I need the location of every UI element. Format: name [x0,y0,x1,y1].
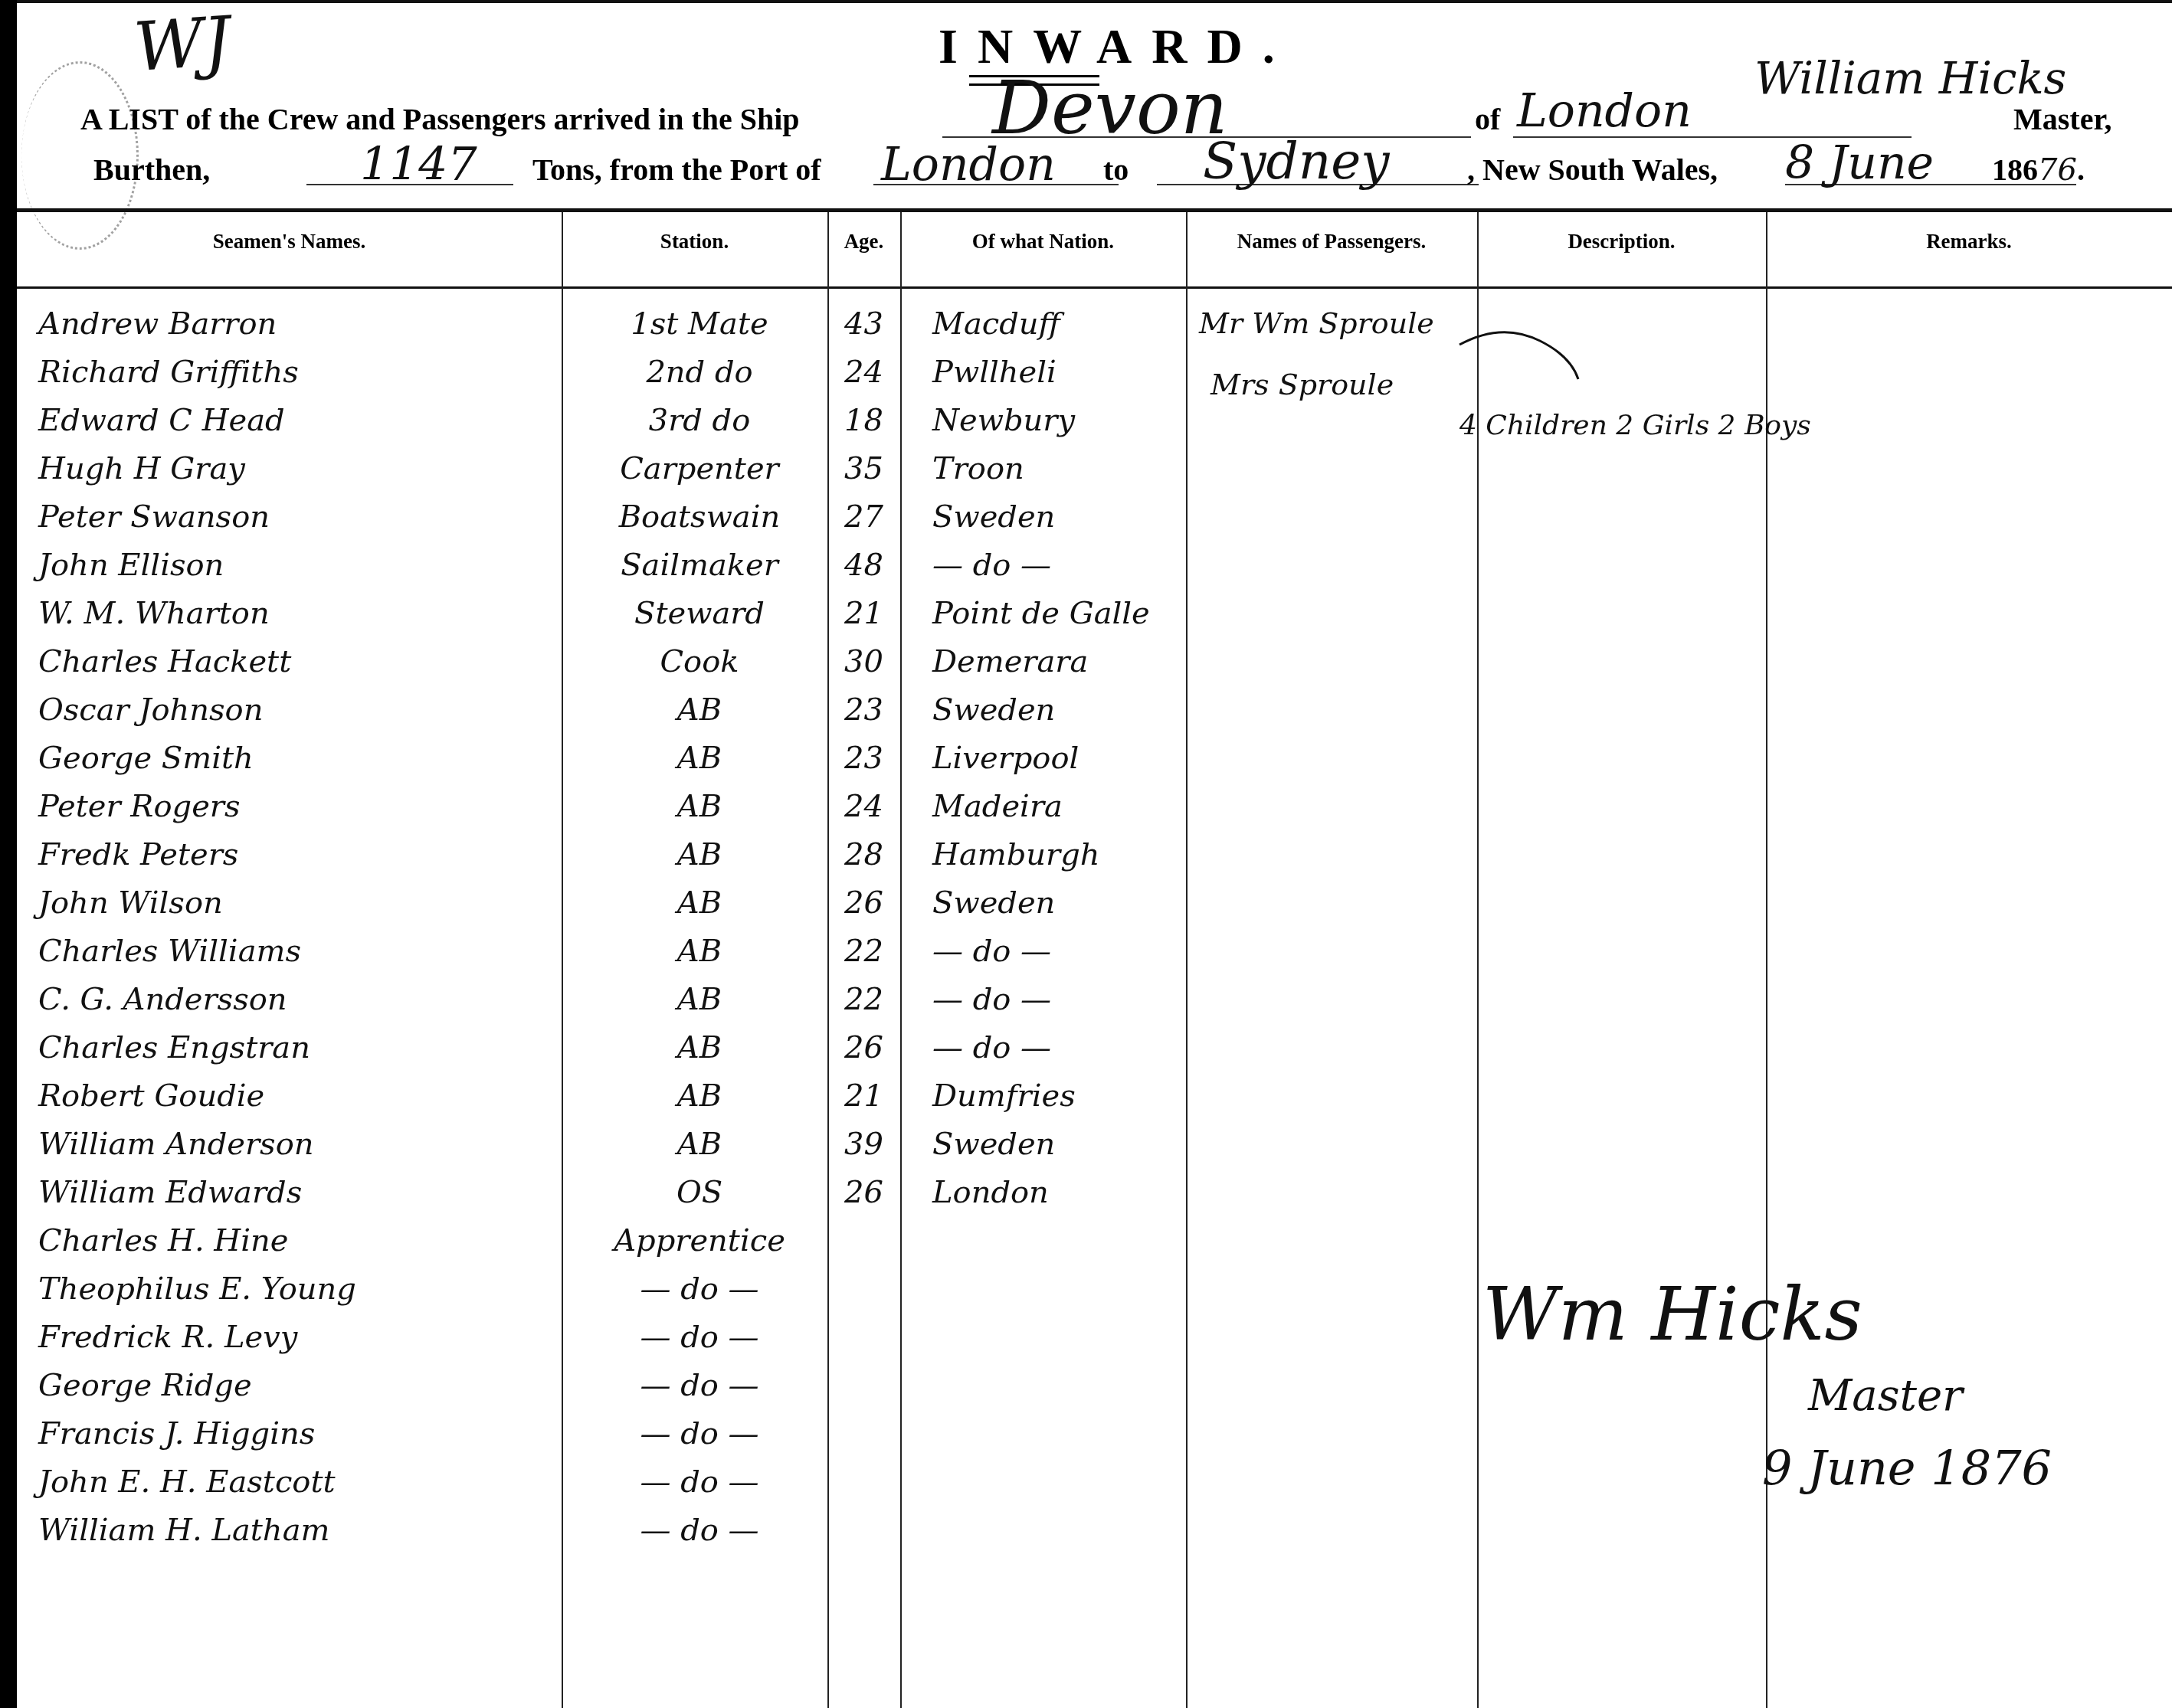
seaman-age: 39 [827,1121,900,1169]
seaman-station: Apprentice [562,1217,837,1265]
clerk-initials: WJ [132,2,234,87]
seaman-age: 22 [827,976,900,1024]
seaman-nation: Sweden [909,493,1193,542]
seaman-name: Richard Griffiths [38,348,299,397]
seaman-nation: Sweden [909,1121,1193,1169]
passenger-name: Mr Wm Sproule [1199,306,1434,340]
crew-row: W. M. WhartonSteward21Point de Galle [17,590,2170,638]
seaman-name: W. M. Wharton [38,590,270,638]
to-label: to [1103,152,1129,188]
seaman-nation [909,1362,1193,1410]
seaman-nation: Macduff [909,300,1193,348]
crew-row: Charles HackettCook30Demerara [17,638,2170,686]
seaman-age [827,1314,900,1362]
seaman-nation [909,1217,1193,1265]
crew-row: William EdwardsOS26London [17,1169,2170,1217]
seaman-name: Hugh H Gray [38,445,245,493]
home-port-value: London [1517,84,1692,138]
seaman-age [827,1458,900,1507]
seaman-name: Charles Engstran [38,1024,310,1072]
seaman-age [827,1265,900,1314]
seaman-name: Robert Goudie [38,1072,264,1121]
seaman-age: 22 [827,928,900,976]
seaman-nation: — do — [909,1024,1193,1072]
seaman-name: George Ridge [38,1362,252,1410]
crew-row: William AndersonAB39Sweden [17,1121,2170,1169]
table-header-top-rule [17,208,2172,212]
year-period: . [2077,152,2085,187]
seaman-station: AB [562,1121,837,1169]
seaman-nation: — do — [909,976,1193,1024]
seaman-age: 43 [827,300,900,348]
seaman-nation [909,1507,1193,1555]
seaman-nation [909,1458,1193,1507]
year-handwritten: 76 [2038,152,2077,188]
year-printed: 186 [1992,152,2038,187]
seaman-age: 23 [827,735,900,783]
crew-row: John EllisonSailmaker48— do — [17,542,2170,590]
seaman-age: 35 [827,445,900,493]
signature-title: Master [1808,1371,1963,1421]
seaman-station: — do — [562,1458,837,1507]
column-header-station: Station. [562,230,827,254]
master-signature: Wm Hicks [1482,1271,1862,1357]
seaman-station: AB [562,1024,837,1072]
passenger-description: 4 Children 2 Girls 2 Boys [1459,410,1811,441]
crew-row: William H. Latham— do — [17,1507,2170,1555]
seaman-station: 3rd do [562,397,837,445]
seaman-name: Charles Williams [38,928,301,976]
nsw-label: , New South Wales, [1467,152,1718,188]
top-border [17,0,2172,3]
seaman-name: Francis J. Higgins [38,1410,315,1458]
seaman-nation: Sweden [909,686,1193,735]
seaman-age [827,1507,900,1555]
crew-row: Charles WilliamsAB22— do — [17,928,2170,976]
seaman-nation: Point de Galle [909,590,1193,638]
seaman-name: Charles H. Hine [38,1217,288,1265]
seaman-station: Carpenter [562,445,837,493]
seaman-station: AB [562,686,837,735]
seaman-station: AB [562,928,837,976]
seaman-age: 27 [827,493,900,542]
seaman-age [827,1410,900,1458]
seaman-station: AB [562,831,837,879]
seaman-age: 24 [827,783,900,831]
seaman-age [827,1362,900,1410]
seaman-station: AB [562,735,837,783]
passenger-name: Mrs Sproule [1210,368,1394,401]
column-header-passengers: Names of Passengers. [1186,230,1477,254]
master-name-value: William Hicks [1754,52,2066,104]
seaman-station: AB [562,1072,837,1121]
seaman-station: 1st Mate [562,300,837,348]
scan-edge [0,0,17,1708]
seaman-nation [909,1410,1193,1458]
seaman-station: AB [562,879,837,928]
seaman-station: AB [562,783,837,831]
seaman-nation: Newbury [909,397,1193,445]
seaman-station: Cook [562,638,837,686]
seaman-station: OS [562,1169,837,1217]
crew-row: Charles EngstranAB26— do — [17,1024,2170,1072]
seaman-age: 28 [827,831,900,879]
crew-row: Andrew Barron1st Mate43Macduff [17,300,2170,348]
crew-row: John WilsonAB26Sweden [17,879,2170,928]
crew-row: George SmithAB23Liverpool [17,735,2170,783]
seaman-name: William H. Latham [38,1507,329,1555]
seaman-name: Charles Hackett [38,638,291,686]
seaman-station: — do — [562,1507,837,1555]
seaman-nation: — do — [909,928,1193,976]
seaman-age: 24 [827,348,900,397]
seaman-age: 21 [827,1072,900,1121]
seaman-age: 21 [827,590,900,638]
seaman-station: 2nd do [562,348,837,397]
seaman-nation: Madeira [909,783,1193,831]
list-intro-text: A LIST of the Crew and Passengers arrive… [80,102,800,136]
burthen-label: Burthen, [93,152,210,188]
seaman-station: — do — [562,1265,837,1314]
column-header-seamen-names: Seamen's Names. [17,230,562,254]
seaman-age: 26 [827,1024,900,1072]
seaman-station: — do — [562,1362,837,1410]
seaman-nation: Pwllheli [909,348,1193,397]
seaman-name: Oscar Johnson [38,686,263,735]
seaman-station: — do — [562,1314,837,1362]
seaman-name: George Smith [38,735,254,783]
seaman-name: Fredk Peters [38,831,238,879]
year-field: 18676. [1992,152,2085,188]
crew-row: Richard Griffiths2nd do24Pwllheli [17,348,2170,397]
bracket-flourish-icon [1456,322,1594,383]
seaman-nation: Sweden [909,879,1193,928]
seaman-station: Boatswain [562,493,837,542]
crew-row: Peter RogersAB24Madeira [17,783,2170,831]
crew-row: Robert GoudieAB21Dumfries [17,1072,2170,1121]
seaman-name: Theophilus E. Young [38,1265,356,1314]
crew-row: Peter SwansonBoatswain27Sweden [17,493,2170,542]
seaman-name: John E. H. Eastcott [38,1458,336,1507]
seaman-name: Fredrick R. Levy [38,1314,297,1362]
seaman-age: 30 [827,638,900,686]
seaman-name: Andrew Barron [38,300,277,348]
signature-date: 9 June 1876 [1762,1440,2052,1496]
seaman-station: AB [562,976,837,1024]
column-header-description: Description. [1477,230,1766,254]
seaman-station: — do — [562,1410,837,1458]
tons-value: 1147 [360,138,477,191]
seaman-nation: Dumfries [909,1072,1193,1121]
seaman-age: 26 [827,1169,900,1217]
seaman-age: 18 [827,397,900,445]
seaman-name: Peter Swanson [38,493,270,542]
seaman-nation: Demerara [909,638,1193,686]
seaman-nation: Liverpool [909,735,1193,783]
seaman-name: Edward C Head [38,397,285,445]
tons-from-port-label: Tons, from the Port of [532,152,821,188]
seaman-nation [909,1265,1193,1314]
crew-row: Charles H. HineApprentice [17,1217,2170,1265]
crew-row: Hugh H GrayCarpenter35Troon [17,445,2170,493]
seaman-age [827,1217,900,1265]
arrival-date-value: 8 June [1785,136,1934,190]
master-label: Master, [2013,101,2111,137]
seaman-name: John Wilson [38,879,223,928]
seaman-name: Peter Rogers [38,783,241,831]
table-header-bottom-rule [17,286,2172,289]
heading-line-1: A LIST of the Crew and Passengers arrive… [80,101,800,137]
seaman-name: C. G. Andersson [38,976,287,1024]
crew-row: Fredk PetersAB28Hamburgh [17,831,2170,879]
seaman-age: 23 [827,686,900,735]
seaman-station: Steward [562,590,837,638]
seaman-age: 26 [827,879,900,928]
column-header-nation: Of what Nation. [900,230,1186,254]
crew-row: C. G. AnderssonAB22— do — [17,976,2170,1024]
of-label: of [1475,101,1500,137]
column-header-remarks: Remarks. [1766,230,2172,254]
seaman-nation: London [909,1169,1193,1217]
seaman-name: William Anderson [38,1121,314,1169]
crew-row: Oscar JohnsonAB23Sweden [17,686,2170,735]
seaman-nation: Troon [909,445,1193,493]
seaman-nation [909,1314,1193,1362]
crew-row: Edward C Head3rd do18Newbury [17,397,2170,445]
seaman-nation: — do — [909,542,1193,590]
seaman-nation: Hamburgh [909,831,1193,879]
to-port-value: Sydney [1203,132,1390,191]
seaman-station: Sailmaker [562,542,837,590]
seaman-name: William Edwards [38,1169,302,1217]
column-header-age: Age. [827,230,900,254]
seaman-name: John Ellison [38,542,224,590]
seaman-age: 48 [827,542,900,590]
from-port-value: London [881,138,1056,191]
